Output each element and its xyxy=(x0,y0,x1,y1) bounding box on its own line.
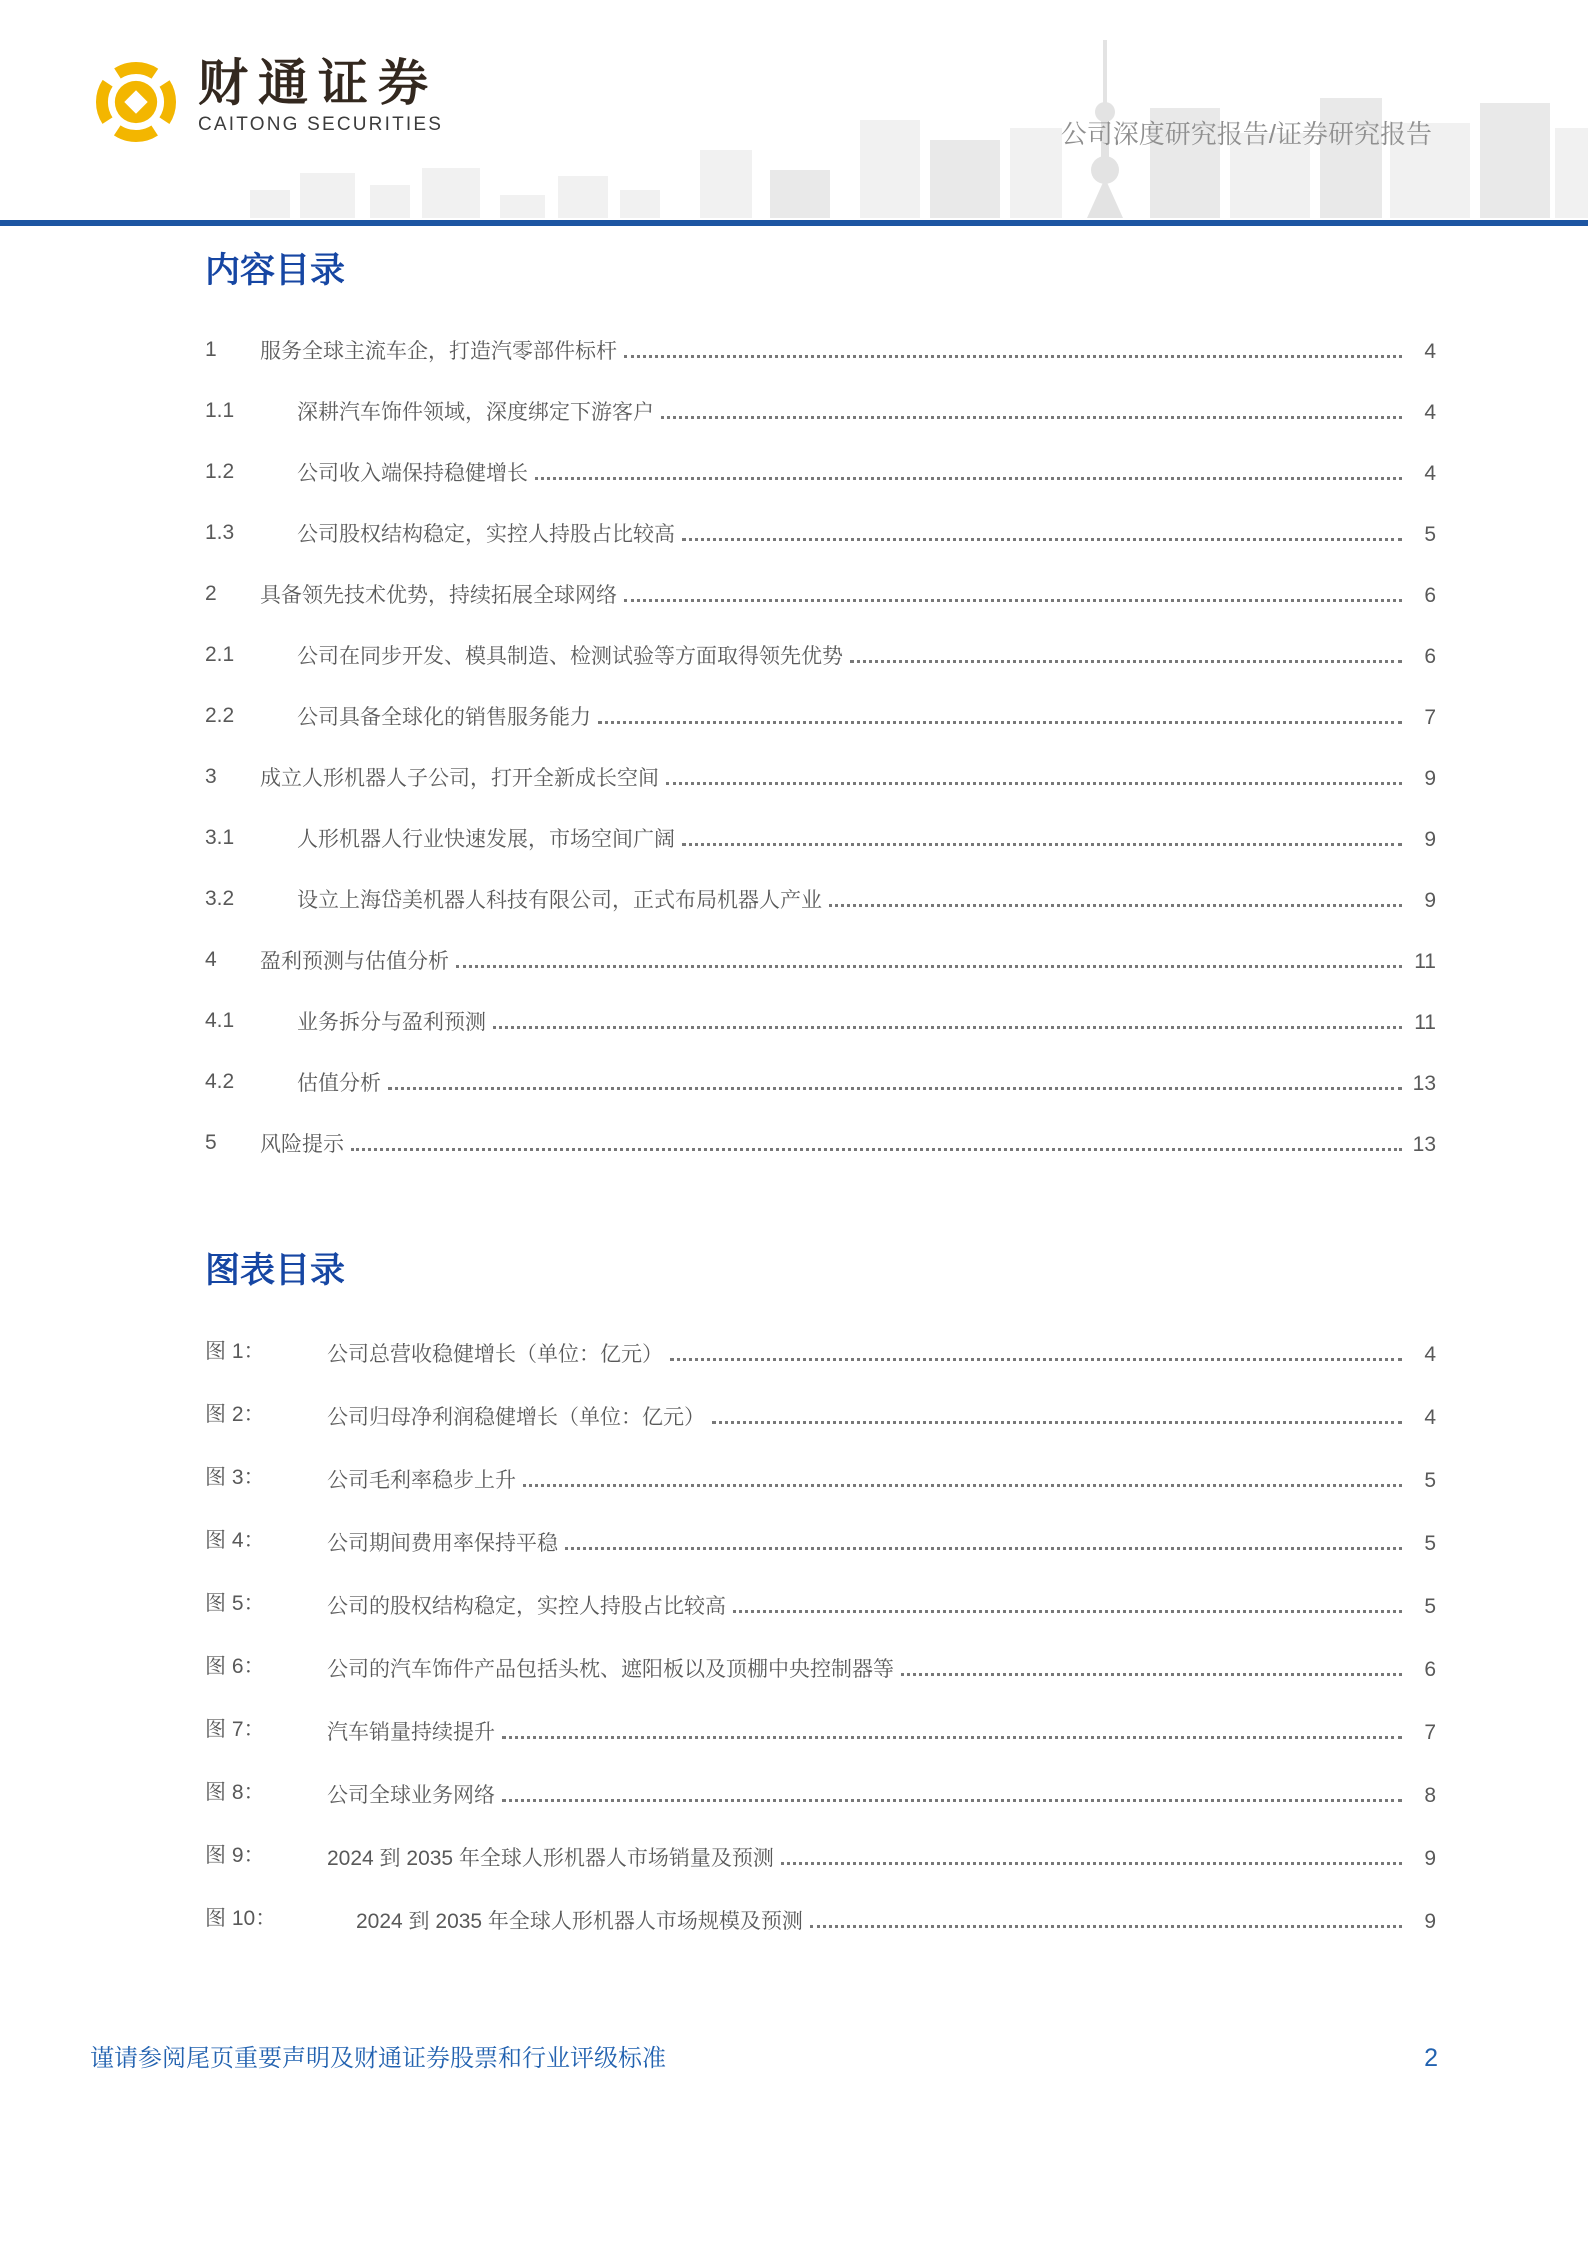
toc-heading: 内容目录 xyxy=(205,250,345,292)
toc-entry-number: 4.2 xyxy=(205,1070,297,1094)
dotted-leader xyxy=(682,843,1402,846)
toc-entry[interactable]: 2.1 公司在同步开发、模具制造、检测试验等方面取得领先优势 6 xyxy=(205,614,1436,675)
figure-entry-label: 图 6： xyxy=(205,1650,327,1680)
toc-entry[interactable]: 1.1 深耕汽车饰件领域，深度绑定下游客户 4 xyxy=(205,370,1436,431)
figure-entry-title: 2024 到 2035 年全球人形机器人市场销量及预测 xyxy=(327,1848,774,1869)
toc-entry-number: 3.1 xyxy=(205,826,297,850)
figure-entry-page: 5 xyxy=(1406,1470,1436,1491)
dotted-leader xyxy=(351,1148,1402,1151)
dotted-leader xyxy=(901,1673,1402,1676)
figure-entry-label: 图 2： xyxy=(205,1398,327,1428)
figure-entry-label: 图 9： xyxy=(205,1839,327,1869)
document-page: 财通证券 CAITONG SECURITIES 公司深度研究报告/证券研究报告 … xyxy=(0,0,1588,2245)
figure-entry-page: 6 xyxy=(1406,1659,1436,1680)
dotted-leader xyxy=(666,782,1402,785)
dotted-leader xyxy=(733,1610,1402,1613)
figure-entry[interactable]: 图 5： 公司的股权结构稳定，实控人持股占比较高 5 xyxy=(205,1562,1436,1625)
toc-entry-title: 公司具备全球化的销售服务能力 xyxy=(297,707,591,728)
toc-entry-title: 深耕汽车饰件领域，深度绑定下游客户 xyxy=(297,402,654,423)
toc-entry-number: 3.2 xyxy=(205,887,297,911)
figure-entry-title: 公司全球业务网络 xyxy=(327,1785,495,1806)
dotted-leader xyxy=(670,1358,1402,1361)
figure-entry-page: 8 xyxy=(1406,1785,1436,1806)
figure-entry[interactable]: 图 1： 公司总营收稳健增长（单位：亿元） 4 xyxy=(205,1310,1436,1373)
dotted-leader xyxy=(661,416,1402,419)
toc-entry-page: 9 xyxy=(1406,829,1436,850)
figure-entry[interactable]: 图 2： 公司归母净利润稳健增长（单位：亿元） 4 xyxy=(205,1373,1436,1436)
toc-entry-page: 11 xyxy=(1406,951,1436,972)
brand-name-cn: 财通证券 xyxy=(198,56,443,111)
figure-entry-label: 图 8： xyxy=(205,1776,327,1806)
header-divider xyxy=(0,220,1588,226)
toc-list: 1 服务全球主流车企，打造汽零部件标杆 4 1.1 深耕汽车饰件领域，深度绑定下… xyxy=(205,309,1436,1163)
toc-entry-page: 6 xyxy=(1406,585,1436,606)
toc-entry-page: 4 xyxy=(1406,402,1436,423)
figure-entry[interactable]: 图 8： 公司全球业务网络 8 xyxy=(205,1751,1436,1814)
toc-entry-number: 3 xyxy=(205,765,260,789)
toc-entry-title: 公司收入端保持稳健增长 xyxy=(297,463,528,484)
toc-entry-title: 人形机器人行业快速发展，市场空间广阔 xyxy=(297,829,675,850)
dotted-leader xyxy=(829,904,1402,907)
figure-list-heading: 图表目录 xyxy=(205,1250,345,1292)
dotted-leader xyxy=(502,1736,1402,1739)
toc-entry-page: 6 xyxy=(1406,646,1436,667)
toc-entry-page: 13 xyxy=(1406,1073,1436,1094)
figure-entry-label: 图 5： xyxy=(205,1587,327,1617)
toc-entry-number: 4.1 xyxy=(205,1009,297,1033)
toc-entry[interactable]: 5 风险提示 13 xyxy=(205,1102,1436,1163)
dotted-leader xyxy=(712,1421,1402,1424)
toc-entry-title: 服务全球主流车企，打造汽零部件标杆 xyxy=(260,341,617,362)
toc-entry-title: 业务拆分与盈利预测 xyxy=(297,1012,486,1033)
toc-entry-title: 风险提示 xyxy=(260,1134,344,1155)
dotted-leader xyxy=(850,660,1402,663)
toc-entry[interactable]: 4 盈利预测与估值分析 11 xyxy=(205,919,1436,980)
toc-entry-number: 1 xyxy=(205,338,260,362)
figure-entry-label: 图 7： xyxy=(205,1713,327,1743)
toc-entry-page: 13 xyxy=(1406,1134,1436,1155)
dotted-leader xyxy=(624,355,1402,358)
dotted-leader xyxy=(535,477,1402,480)
dotted-leader xyxy=(502,1799,1402,1802)
dotted-leader xyxy=(810,1925,1402,1928)
figure-entry-title: 公司的股权结构稳定，实控人持股占比较高 xyxy=(327,1596,726,1617)
figure-entry-label: 图 4： xyxy=(205,1524,327,1554)
figure-entry[interactable]: 图 3： 公司毛利率稳步上升 5 xyxy=(205,1436,1436,1499)
figure-entry-page: 7 xyxy=(1406,1722,1436,1743)
figure-entry[interactable]: 图 6： 公司的汽车饰件产品包括头枕、遮阳板以及顶棚中央控制器等 6 xyxy=(205,1625,1436,1688)
toc-entry-title: 公司股权结构稳定，实控人持股占比较高 xyxy=(297,524,675,545)
dotted-leader xyxy=(493,1026,1402,1029)
page-footer: 谨请参阅尾页重要声明及财通证券股票和行业评级标准 2 xyxy=(90,2038,1438,2073)
toc-entry[interactable]: 3.1 人形机器人行业快速发展，市场空间广阔 9 xyxy=(205,797,1436,858)
toc-entry-number: 2.1 xyxy=(205,643,297,667)
figure-entry-page: 9 xyxy=(1406,1911,1436,1932)
toc-entry[interactable]: 1 服务全球主流车企，打造汽零部件标杆 4 xyxy=(205,309,1436,370)
figure-entry-title: 汽车销量持续提升 xyxy=(327,1722,495,1743)
figure-entry-title: 公司期间费用率保持平稳 xyxy=(327,1533,558,1554)
toc-entry-page: 5 xyxy=(1406,524,1436,545)
figure-entry-title: 公司毛利率稳步上升 xyxy=(327,1470,516,1491)
footer-disclaimer: 谨请参阅尾页重要声明及财通证券股票和行业评级标准 xyxy=(90,2038,666,2073)
figure-entry-page: 4 xyxy=(1406,1344,1436,1365)
figure-list: 图 1： 公司总营收稳健增长（单位：亿元） 4 图 2： 公司归母净利润稳健增长… xyxy=(205,1310,1436,1940)
brand: 财通证券 CAITONG SECURITIES xyxy=(90,56,443,148)
toc-entry-number: 1.1 xyxy=(205,399,297,423)
toc-entry[interactable]: 1.2 公司收入端保持稳健增长 4 xyxy=(205,431,1436,492)
toc-entry-page: 4 xyxy=(1406,341,1436,362)
caitong-coin-logo-icon xyxy=(90,56,182,148)
toc-entry-title: 估值分析 xyxy=(297,1073,381,1094)
report-type-label: 公司深度研究报告/证券研究报告 xyxy=(1061,114,1432,151)
figure-entry-title: 公司归母净利润稳健增长（单位：亿元） xyxy=(327,1407,705,1428)
toc-entry[interactable]: 4.2 估值分析 13 xyxy=(205,1041,1436,1102)
figure-entry[interactable]: 图 7： 汽车销量持续提升 7 xyxy=(205,1688,1436,1751)
dotted-leader xyxy=(598,721,1402,724)
dotted-leader xyxy=(624,599,1402,602)
figure-entry-label: 图 1： xyxy=(205,1335,327,1365)
toc-entry-page: 9 xyxy=(1406,890,1436,911)
footer-page-number: 2 xyxy=(1424,2044,1438,2073)
dotted-leader xyxy=(565,1547,1402,1550)
brand-name-en: CAITONG SECURITIES xyxy=(198,114,443,136)
toc-entry[interactable]: 1.3 公司股权结构稳定，实控人持股占比较高 5 xyxy=(205,492,1436,553)
dotted-leader xyxy=(388,1087,1402,1090)
toc-entry[interactable]: 2.2 公司具备全球化的销售服务能力 7 xyxy=(205,675,1436,736)
figure-entry-label: 图 3： xyxy=(205,1461,327,1491)
toc-entry[interactable]: 4.1 业务拆分与盈利预测 11 xyxy=(205,980,1436,1041)
toc-entry-title: 公司在同步开发、模具制造、检测试验等方面取得领先优势 xyxy=(297,646,843,667)
toc-entry-title: 盈利预测与估值分析 xyxy=(260,951,449,972)
toc-entry-page: 4 xyxy=(1406,463,1436,484)
toc-entry[interactable]: 3.2 设立上海岱美机器人科技有限公司，正式布局机器人产业 9 xyxy=(205,858,1436,919)
figure-entry[interactable]: 图 9： 2024 到 2035 年全球人形机器人市场销量及预测 9 xyxy=(205,1814,1436,1877)
figure-entry-title: 公司总营收稳健增长（单位：亿元） xyxy=(327,1344,663,1365)
dotted-leader xyxy=(682,538,1402,541)
toc-entry-title: 具备领先技术优势，持续拓展全球网络 xyxy=(260,585,617,606)
dotted-leader xyxy=(523,1484,1402,1487)
toc-entry-number: 2.2 xyxy=(205,704,297,728)
toc-entry-page: 7 xyxy=(1406,707,1436,728)
toc-entry-number: 1.2 xyxy=(205,460,297,484)
figure-entry-title: 公司的汽车饰件产品包括头枕、遮阳板以及顶棚中央控制器等 xyxy=(327,1659,894,1680)
toc-entry-number: 4 xyxy=(205,948,260,972)
toc-entry-title: 设立上海岱美机器人科技有限公司，正式布局机器人产业 xyxy=(297,890,822,911)
toc-entry-number: 1.3 xyxy=(205,521,297,545)
toc-entry-number: 5 xyxy=(205,1131,260,1155)
figure-entry-label: 图 10： xyxy=(205,1902,356,1932)
toc-entry-page: 9 xyxy=(1406,768,1436,789)
toc-entry-page: 11 xyxy=(1406,1012,1436,1033)
dotted-leader xyxy=(456,965,1402,968)
figure-entry-page: 9 xyxy=(1406,1848,1436,1869)
figure-entry-page: 5 xyxy=(1406,1596,1436,1617)
figure-entry[interactable]: 图 10： 2024 到 2035 年全球人形机器人市场规模及预测 9 xyxy=(205,1877,1436,1940)
toc-entry[interactable]: 3 成立人形机器人子公司，打开全新成长空间 9 xyxy=(205,736,1436,797)
figure-entry-title: 2024 到 2035 年全球人形机器人市场规模及预测 xyxy=(356,1911,803,1932)
toc-entry-title: 成立人形机器人子公司，打开全新成长空间 xyxy=(260,768,659,789)
toc-entry[interactable]: 2 具备领先技术优势，持续拓展全球网络 6 xyxy=(205,553,1436,614)
figure-entry[interactable]: 图 4： 公司期间费用率保持平稳 5 xyxy=(205,1499,1436,1562)
dotted-leader xyxy=(781,1862,1402,1865)
figure-entry-page: 5 xyxy=(1406,1533,1436,1554)
figure-entry-page: 4 xyxy=(1406,1407,1436,1428)
toc-entry-number: 2 xyxy=(205,582,260,606)
